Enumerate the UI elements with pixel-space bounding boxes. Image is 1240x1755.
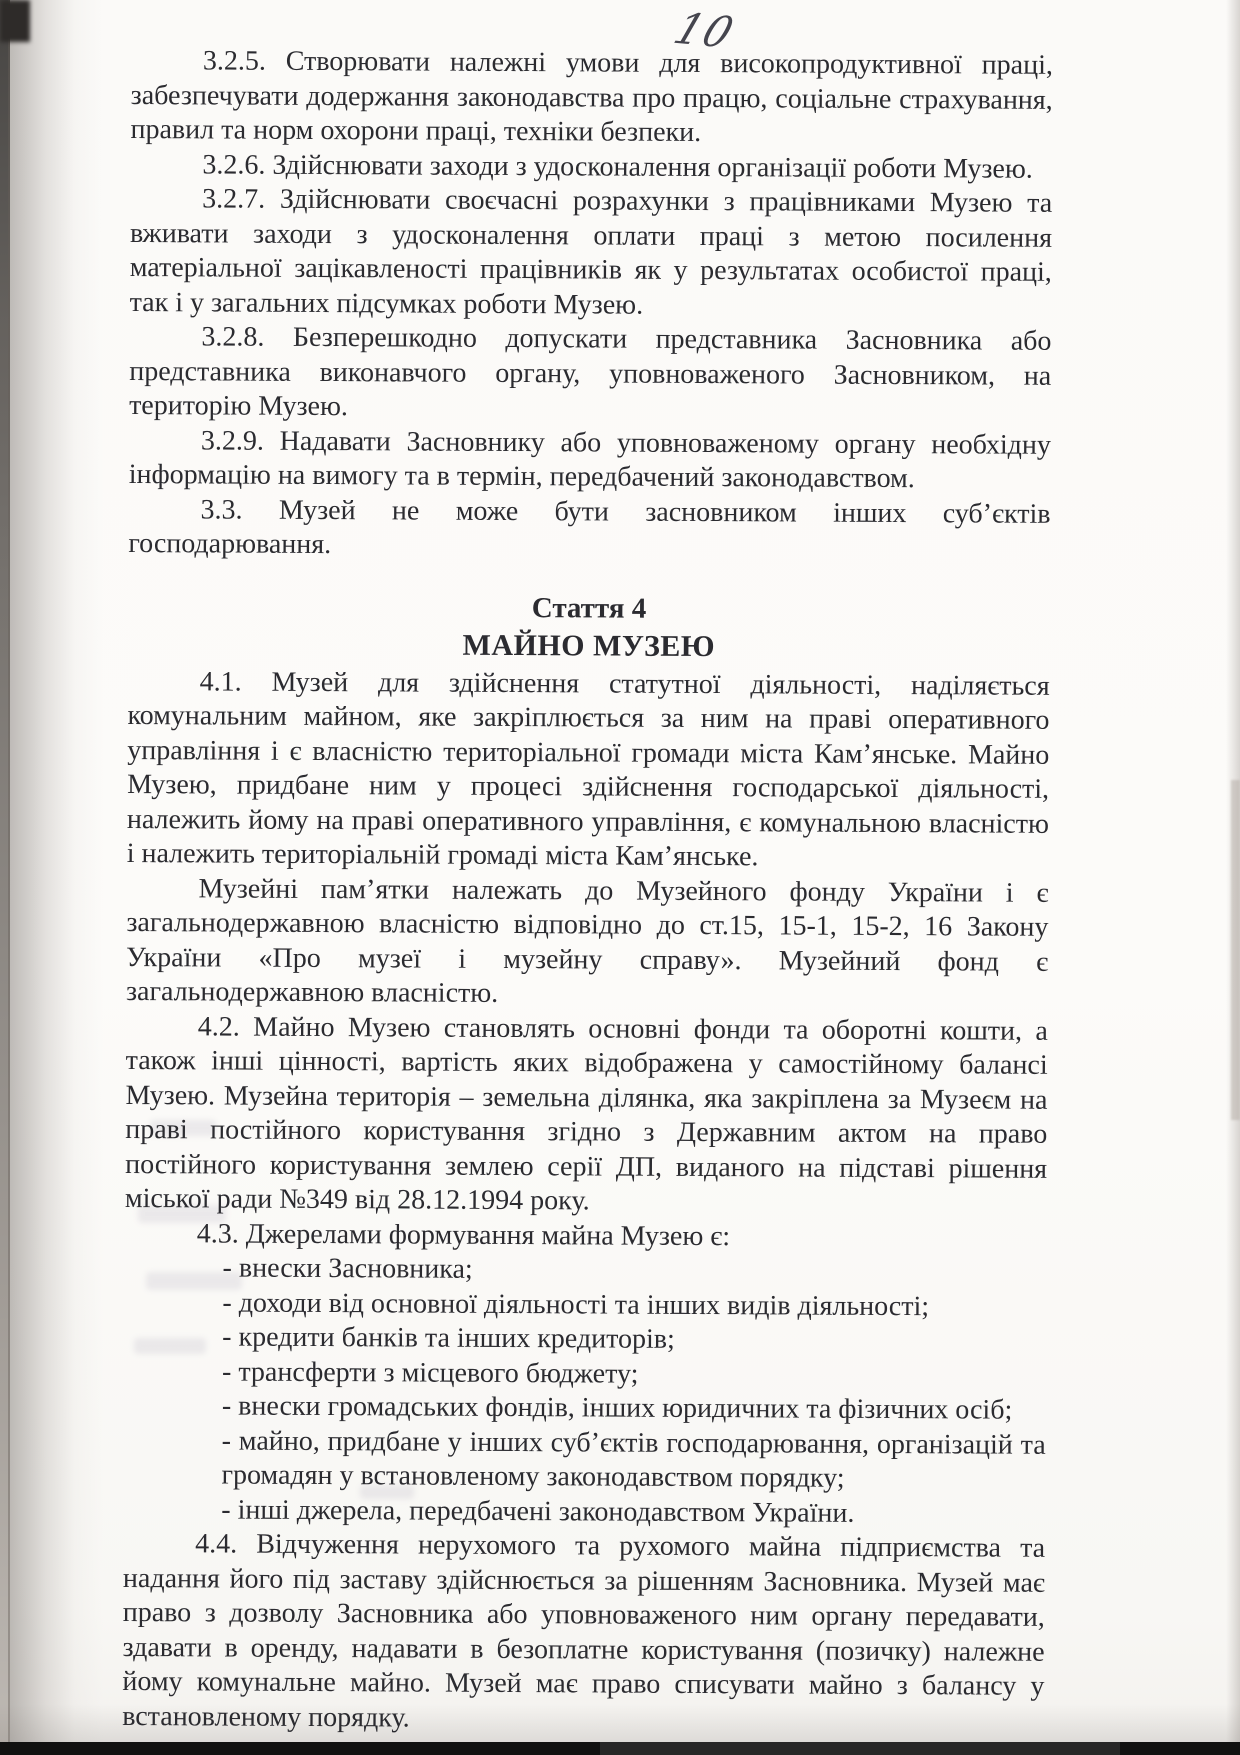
funding-sources-list: - внески Засновника; - доходи від основн…	[123, 1251, 1046, 1532]
paragraph-4-2: 4.2. Майно Музею становлять основні фонд…	[125, 1009, 1048, 1221]
scanned-document-page: 10 3.2.5. Створювати належні умови для в…	[0, 0, 1240, 1755]
funding-source-item: - внески Засновника;	[222, 1251, 1046, 1290]
page-left-shadow	[8, 0, 103, 1755]
paragraph-4-4: 4.4. Відчуження нерухомого та рухомого м…	[122, 1527, 1045, 1739]
funding-source-item: - кредити банків та інших кредиторів;	[222, 1320, 1046, 1359]
article-title-heading: МАЙНО МУЗЕЮ	[128, 624, 1050, 667]
paragraph-4-1: 4.1. Музей для здійснення статутної діял…	[127, 664, 1050, 876]
paragraph-3-3: 3.3. Музей не може бути засновником інши…	[128, 492, 1050, 566]
article-number-heading: Стаття 4	[128, 587, 1050, 629]
funding-source-item: - трансферти з місцевого бюджету;	[222, 1355, 1046, 1394]
document-body: 3.2.5. Створювати належні умови для висо…	[122, 44, 1053, 1739]
page-right-edge-band	[1231, 780, 1240, 1120]
scan-bottom-bar-segment	[600, 1742, 1120, 1755]
paragraph-4-1-museum-fund: Музейні пам’ятки належать до Музейного ф…	[126, 871, 1049, 1014]
scan-corner-mark	[0, 0, 30, 42]
paragraph-3-2-5: 3.2.5. Створювати належні умови для висо…	[130, 44, 1053, 152]
funding-source-item: - інші джерела, передбачені законодавств…	[221, 1493, 1045, 1532]
funding-source-item: - доходи від основної діяльності та інши…	[222, 1286, 1046, 1325]
paragraph-3-2-8: 3.2.8. Безперешкодно допускати представн…	[129, 320, 1052, 428]
paragraph-4-3: 4.3. Джерелами формування майна Музею є:	[125, 1216, 1047, 1255]
funding-source-item: - майно, придбане у інших суб’єктів госп…	[221, 1424, 1045, 1497]
funding-source-item: - внески громадських фондів, інших юриди…	[222, 1389, 1046, 1428]
paragraph-3-2-6: 3.2.6. Здійснювати заходи з удосконаленн…	[130, 147, 1052, 186]
paragraph-3-2-7: 3.2.7. Здійснювати своєчасні розрахунки …	[130, 182, 1053, 325]
paragraph-3-2-9: 3.2.9. Надавати Засновнику або уповноваж…	[129, 423, 1051, 497]
